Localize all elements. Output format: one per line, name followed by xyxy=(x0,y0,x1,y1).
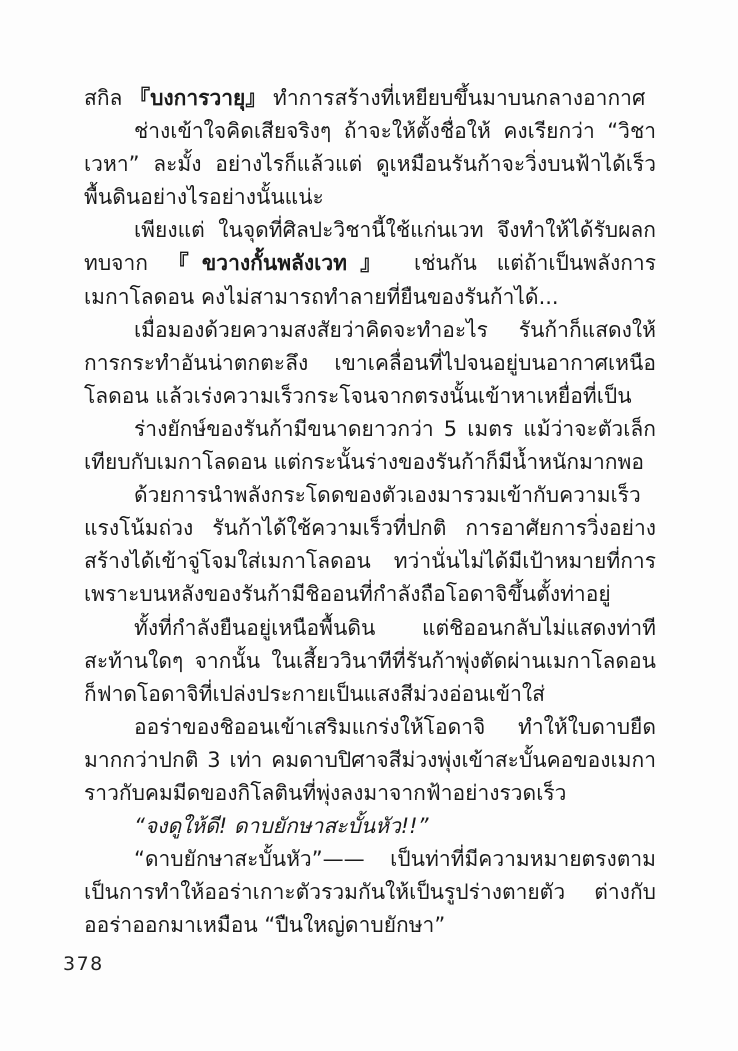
body-text: ทบจาก xyxy=(84,251,168,275)
text-line: “จงดูให้ดี! ดาบยักษาสะบั้นหัว!!” xyxy=(84,810,656,843)
text-line: แรงโน้มถ่วง รันก้าได้ใช้ความเร็วที่ปกติ … xyxy=(84,512,656,545)
body-text: โลดอน แล้วเร่งความเร็วกระโจนจากตรงนั้นเข… xyxy=(84,384,632,413)
body-text: ทั้งที่กำลังยืนอยู่เหนือพื้นดิน แต่ชิออน… xyxy=(84,616,656,645)
text-line: ออร่าออกมาเหมือน “ปืนใหญ่ดาบยักษา” xyxy=(84,909,656,942)
text-line: ทบจาก 『ขวางกั้นพลังเวท』 เช่นกัน แต่ถ้าเป… xyxy=(84,247,656,280)
skill-name-text: 『ขวางกั้นพลังเวท』 xyxy=(168,251,394,275)
text-line: เป็นการทำให้ออร่าเกาะตัวรวมกันให้เป็นรูป… xyxy=(84,876,656,909)
text-line: ก็ฟาดโอดาจิที่เปล่งประกายเป็นแสงสีม่วงอ่… xyxy=(84,678,656,711)
body-text: สกิล xyxy=(84,86,129,110)
text-line: เวหา” ละมั้ง อย่างไรก็แล้วแต่ ดูเหมือนรั… xyxy=(84,148,656,181)
body-text: การกระทำอันน่าตกตะลึง เขาเคลื่อนที่ไปจนอ… xyxy=(84,351,656,380)
page-number: 378 xyxy=(63,953,104,975)
book-page: สกิล 『บงการวายุ』 ทำการสร้างที่เหยียบขึ้น… xyxy=(0,0,738,1051)
text-line: สะท้านใดๆ จากนั้น ในเสี้ยววินาทีที่รันก้… xyxy=(84,645,656,678)
text-line: ทั้งที่กำลังยืนอยู่เหนือพื้นดิน แต่ชิออน… xyxy=(84,612,656,645)
body-text: ด้วยการนำพลังกระโดดของตัวเองมารวมเข้ากับ… xyxy=(84,483,641,512)
text-block: สกิล 『บงการวายุ』 ทำการสร้างที่เหยียบขึ้น… xyxy=(84,82,656,942)
body-text: เมื่อมองด้วยความสงสัยว่าคิดจะทำอะไร รันก… xyxy=(84,318,656,347)
text-line: สร้างได้เข้าจู่โจมใส่เมกาโลดอน ทว่านั่นไ… xyxy=(84,545,656,578)
body-text: มากกว่าปกติ 3 เท่า คมดาบปิศาจสีม่วงพุ่งเ… xyxy=(84,748,656,777)
text-line: เมกาโลดอน คงไม่สามารถทำลายที่ยืนของรันก้… xyxy=(84,281,656,314)
body-text: เพราะบนหลังของรันก้ามีชิออนที่กำลังถือโอ… xyxy=(84,582,611,606)
body-text: เพียงแต่ ในจุดที่ศิลปะวิชานี้ใช้แก่นเวท … xyxy=(84,218,656,247)
body-text: ราวกับคมมีดของกิโลตินที่พุ่งลงมาจากฟ้าอย… xyxy=(84,781,566,805)
text-line: โลดอน แล้วเร่งความเร็วกระโจนจากตรงนั้นเข… xyxy=(84,380,656,413)
text-line: เมื่อมองด้วยความสงสัยว่าคิดจะทำอะไร รันก… xyxy=(84,314,656,347)
body-text: ร่างยักษ์ของรันก้ามีขนาดยาวกว่า 5 เมตร แ… xyxy=(84,417,656,446)
text-line: เพราะบนหลังของรันก้ามีชิออนที่กำลังถือโอ… xyxy=(84,578,656,611)
text-line: การกระทำอันน่าตกตะลึง เขาเคลื่อนที่ไปจนอ… xyxy=(84,347,656,380)
body-text: เวหา” ละมั้ง อย่างไรก็แล้วแต่ ดูเหมือนรั… xyxy=(84,152,656,181)
text-line: ราวกับคมมีดของกิโลตินที่พุ่งลงมาจากฟ้าอย… xyxy=(84,777,656,810)
text-line: สกิล 『บงการวายุ』 ทำการสร้างที่เหยียบขึ้น… xyxy=(84,82,656,115)
body-text: แรงโน้มถ่วง รันก้าได้ใช้ความเร็วที่ปกติ … xyxy=(84,516,656,545)
text-line: ด้วยการนำพลังกระโดดของตัวเองมารวมเข้ากับ… xyxy=(84,479,656,512)
body-text: ก็ฟาดโอดาจิที่เปล่งประกายเป็นแสงสีม่วงอ่… xyxy=(84,682,545,706)
body-text: พื้นดินอย่างไรอย่างนั้นแน่ะ xyxy=(84,185,324,209)
text-line: ร่างยักษ์ของรันก้ามีขนาดยาวกว่า 5 เมตร แ… xyxy=(84,413,656,446)
text-line: ช่างเข้าใจคิดเสียจริงๆ ถ้าจะให้ตั้งชื่อใ… xyxy=(84,115,656,148)
body-text: เมกาโลดอน คงไม่สามารถทำลายที่ยืนของรันก้… xyxy=(84,285,559,309)
body-text: เป็นการทำให้ออร่าเกาะตัวรวมกันให้เป็นรูป… xyxy=(84,880,656,909)
body-text: เทียบกับเมกาโลดอน แต่กระนั้นร่างของรันก้… xyxy=(84,450,644,479)
body-text: ออร่าของชิออนเข้าเสริมแกร่งให้โอดาจิ ทำใ… xyxy=(84,715,656,744)
body-text: ช่างเข้าใจคิดเสียจริงๆ ถ้าจะให้ตั้งชื่อใ… xyxy=(84,119,656,148)
text-line: เพียงแต่ ในจุดที่ศิลปะวิชานี้ใช้แก่นเวท … xyxy=(84,214,656,247)
text-line: เทียบกับเมกาโลดอน แต่กระนั้นร่างของรันก้… xyxy=(84,446,656,479)
skill-name-text: 『บงการวายุ』 xyxy=(129,86,266,110)
body-text: “ดาบยักษาสะบั้นหัว”—— เป็นท่าที่มีความหม… xyxy=(84,847,656,876)
body-text: ออร่าออกมาเหมือน “ปืนใหญ่ดาบยักษา” xyxy=(84,913,445,937)
body-text: “จงดูให้ดี! ดาบยักษาสะบั้นหัว!!” xyxy=(134,814,428,838)
text-line: ออร่าของชิออนเข้าเสริมแกร่งให้โอดาจิ ทำใ… xyxy=(84,711,656,744)
text-line: พื้นดินอย่างไรอย่างนั้นแน่ะ xyxy=(84,181,656,214)
text-line: มากกว่าปกติ 3 เท่า คมดาบปิศาจสีม่วงพุ่งเ… xyxy=(84,744,656,777)
body-text: สะท้านใดๆ จากนั้น ในเสี้ยววินาทีที่รันก้… xyxy=(84,649,656,678)
text-line: “ดาบยักษาสะบั้นหัว”—— เป็นท่าที่มีความหม… xyxy=(84,843,656,876)
body-text: สร้างได้เข้าจู่โจมใส่เมกาโลดอน ทว่านั่นไ… xyxy=(84,549,656,578)
